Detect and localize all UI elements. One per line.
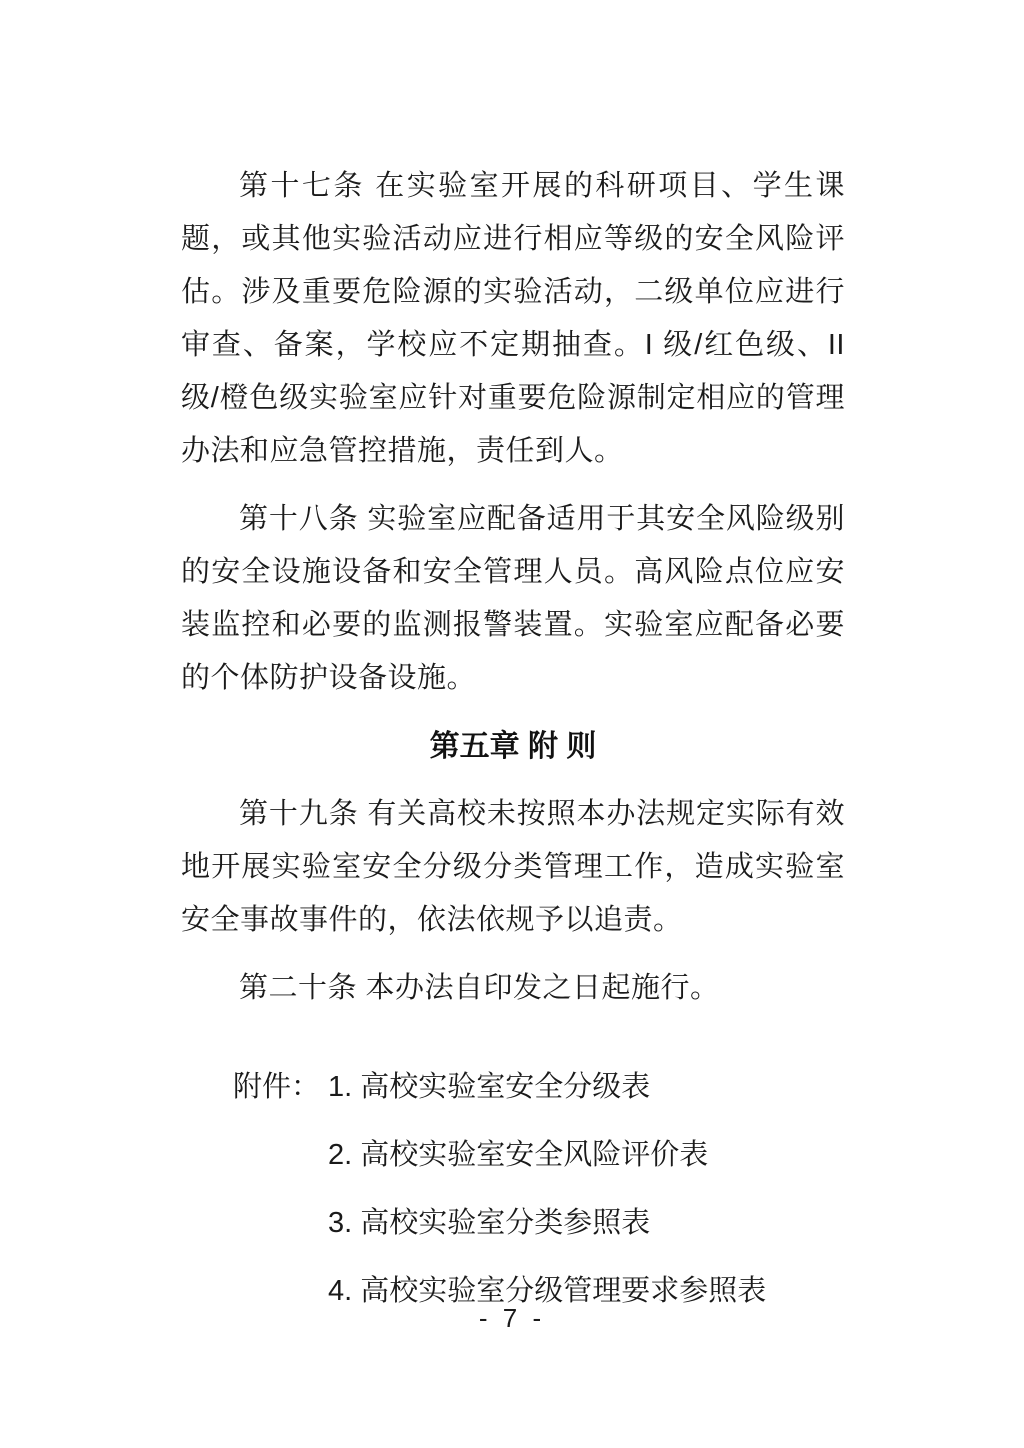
- attachments-label: 附件：: [233, 1061, 320, 1114]
- paragraph-article-20: 第二十条 本办法自印发之日起施行。: [181, 962, 845, 1015]
- attachments-block: 附件： 1. 高校实验室安全分级表 2. 高校实验室安全风险评价表 3. 高校实…: [181, 1061, 845, 1333]
- attachments-list: 1. 高校实验室安全分级表 2. 高校实验室安全风险评价表 3. 高校实验室分类…: [328, 1061, 766, 1333]
- document-page: 第十七条 在实验室开展的科研项目、学生课题，或其他实验活动应进行相应等级的安全风…: [0, 0, 1024, 1448]
- paragraph-article-18: 第十八条 实验室应配备适用于其安全风险级别的安全设施设备和安全管理人员。高风险点…: [181, 493, 845, 705]
- paragraph-article-17: 第十七条 在实验室开展的科研项目、学生课题，或其他实验活动应进行相应等级的安全风…: [181, 160, 845, 478]
- chapter-heading: 第五章 附 则: [181, 720, 845, 773]
- document-body: 第十七条 在实验室开展的科研项目、学生课题，或其他实验活动应进行相应等级的安全风…: [181, 160, 845, 1333]
- page-number: - 7 -: [0, 1303, 1024, 1334]
- paragraph-article-19: 第十九条 有关高校未按照本办法规定实际有效地开展实验室安全分级分类管理工作，造成…: [181, 788, 845, 947]
- attachment-item-2: 2. 高校实验室安全风险评价表: [328, 1129, 766, 1182]
- attachment-item-1: 1. 高校实验室安全分级表: [328, 1061, 766, 1114]
- attachment-item-3: 3. 高校实验室分类参照表: [328, 1197, 766, 1250]
